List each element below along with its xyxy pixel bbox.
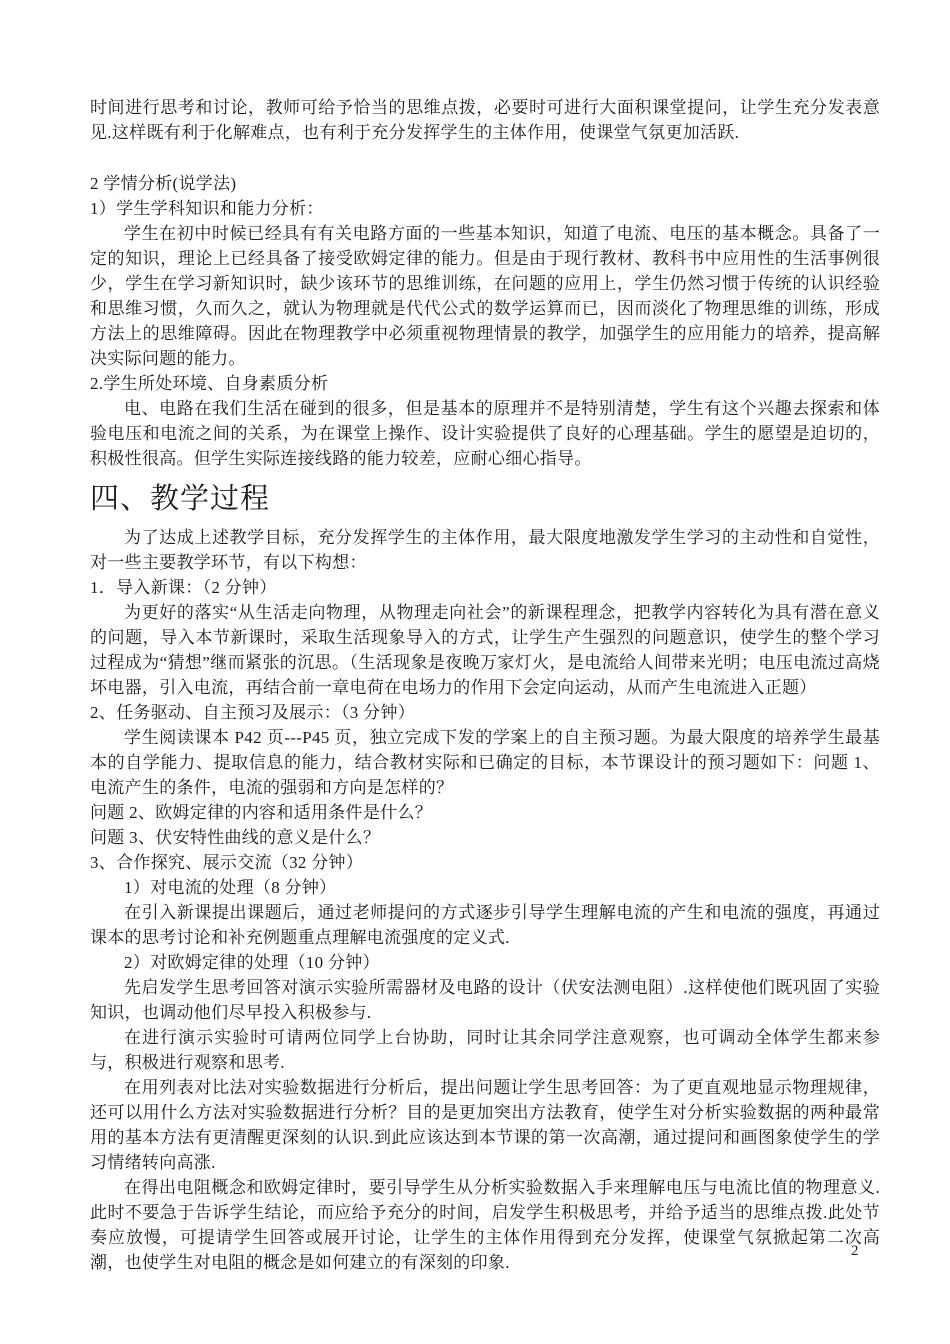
paragraph: 先启发学生思考回答对演示实验所需器材及电路的设计（伏安法测电阻）.这样使他们既巩… — [90, 975, 880, 1025]
paragraph: 问题 2、欧姆定律的内容和适用条件是什么？ — [90, 800, 880, 825]
paragraph: 2）对欧姆定律的处理（10 分钟） — [90, 950, 880, 975]
document-body: 时间进行思考和讨论，教师可给予恰当的思维点拨，必要时可进行大面积课堂提问，让学生… — [90, 95, 880, 1275]
paragraph: 为了达成上述教学目标，充分发挥学生的主体作用，最大限度地激发学生学习的主动性和自… — [90, 525, 880, 575]
paragraph: 1）学生学科知识和能力分析： — [90, 196, 880, 221]
section-heading: 四、教学过程 — [90, 480, 880, 518]
paragraph: 在引入新课提出课题后，通过老师提问的方式逐步引导学生理解电流的产生和电流的强度，… — [90, 900, 880, 950]
document-page: 时间进行思考和讨论，教师可给予恰当的思维点拨，必要时可进行大面积课堂提问，让学生… — [0, 0, 950, 1344]
paragraph: 1．导入新课：（2 分钟） — [90, 575, 880, 600]
paragraph: 2.学生所处环境、自身素质分析 — [90, 371, 880, 396]
paragraph: 2 学情分析(说学法) — [90, 171, 880, 196]
page-number: 2 — [851, 1242, 859, 1260]
paragraph: 为更好的落实“从生活走向物理，从物理走向社会”的新课程理念，把教学内容转化为具有… — [90, 600, 880, 700]
paragraph: 1）对电流的处理（8 分钟） — [90, 875, 880, 900]
paragraph: 学生在初中时候已经具有有关电路方面的一些基本知识，知道了电流、电压的基本概念。具… — [90, 221, 880, 371]
paragraph: 3、合作探究、展示交流（32 分钟） — [90, 850, 880, 875]
paragraph: 时间进行思考和讨论，教师可给予恰当的思维点拨，必要时可进行大面积课堂提问，让学生… — [90, 95, 880, 145]
paragraph: 在用列表对比法对实验数据进行分析后，提出问题让学生思考回答：为了更直观地显示物理… — [90, 1075, 880, 1175]
paragraph: 学生阅读课本 P42 页---P45 页，独立完成下发的学案上的自主预习题。为最… — [90, 725, 880, 800]
paragraph: 问题 3、伏安特性曲线的意义是什么？ — [90, 825, 880, 850]
paragraph: 在得出电阻概念和欧姆定律时，要引导学生从分析实验数据入手来理解电压与电流比值的物… — [90, 1175, 880, 1275]
paragraph: 在进行演示实验时可请两位同学上台协助，同时让其余同学注意观察，也可调动全体学生都… — [90, 1025, 880, 1075]
paragraph: 2、任务驱动、自主预习及展示：（3 分钟） — [90, 700, 880, 725]
paragraph: 电、电路在我们生活在碰到的很多，但是基本的原理并不是特别清楚，学生有这个兴趣去探… — [90, 396, 880, 471]
